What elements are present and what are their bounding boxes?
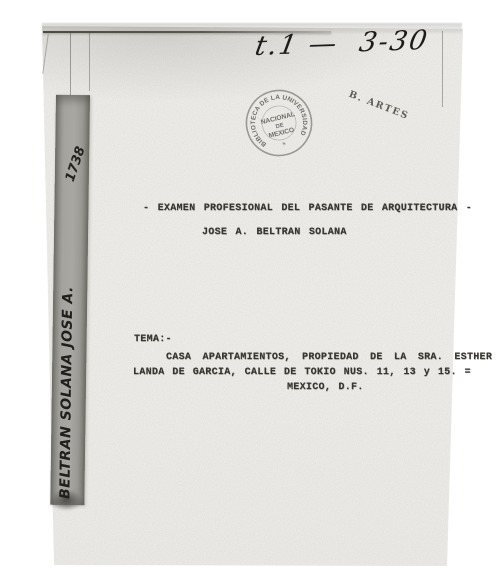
tema-text-line1: CASA APARTAMIENTOS, PROPIEDAD DE LA SRA.… bbox=[166, 352, 492, 363]
exam-title-line: - EXAMEN PROFESIONAL DEL PASANTE DE ARQU… bbox=[143, 203, 472, 214]
tema-label: TEMA:- bbox=[134, 334, 172, 345]
pencil-line-left-1 bbox=[70, 33, 71, 99]
pencil-line-right bbox=[442, 31, 443, 107]
stamp-ornament-icon: ✳ bbox=[282, 141, 288, 148]
tema-text-line2: LANDA DE GARCIA, CALLE DE TOKIO NUS. 11,… bbox=[133, 367, 471, 378]
tema-text-line3: MEXICO, D.F. bbox=[287, 382, 364, 393]
spine-number: 1738 bbox=[63, 145, 89, 184]
binding-strip: 1738 BELTRAN SOLANA JOSE A. bbox=[50, 95, 90, 505]
stamp-center-line3: MEXICO bbox=[268, 127, 295, 140]
student-name-line: JOSE A. BELTRAN SOLANA bbox=[202, 227, 347, 238]
handwritten-catalog-note: t.1 — 3-30 bbox=[253, 25, 432, 62]
pencil-line-left-2 bbox=[89, 33, 90, 91]
spine-author-name: BELTRAN SOLANA JOSE A. bbox=[57, 286, 76, 499]
